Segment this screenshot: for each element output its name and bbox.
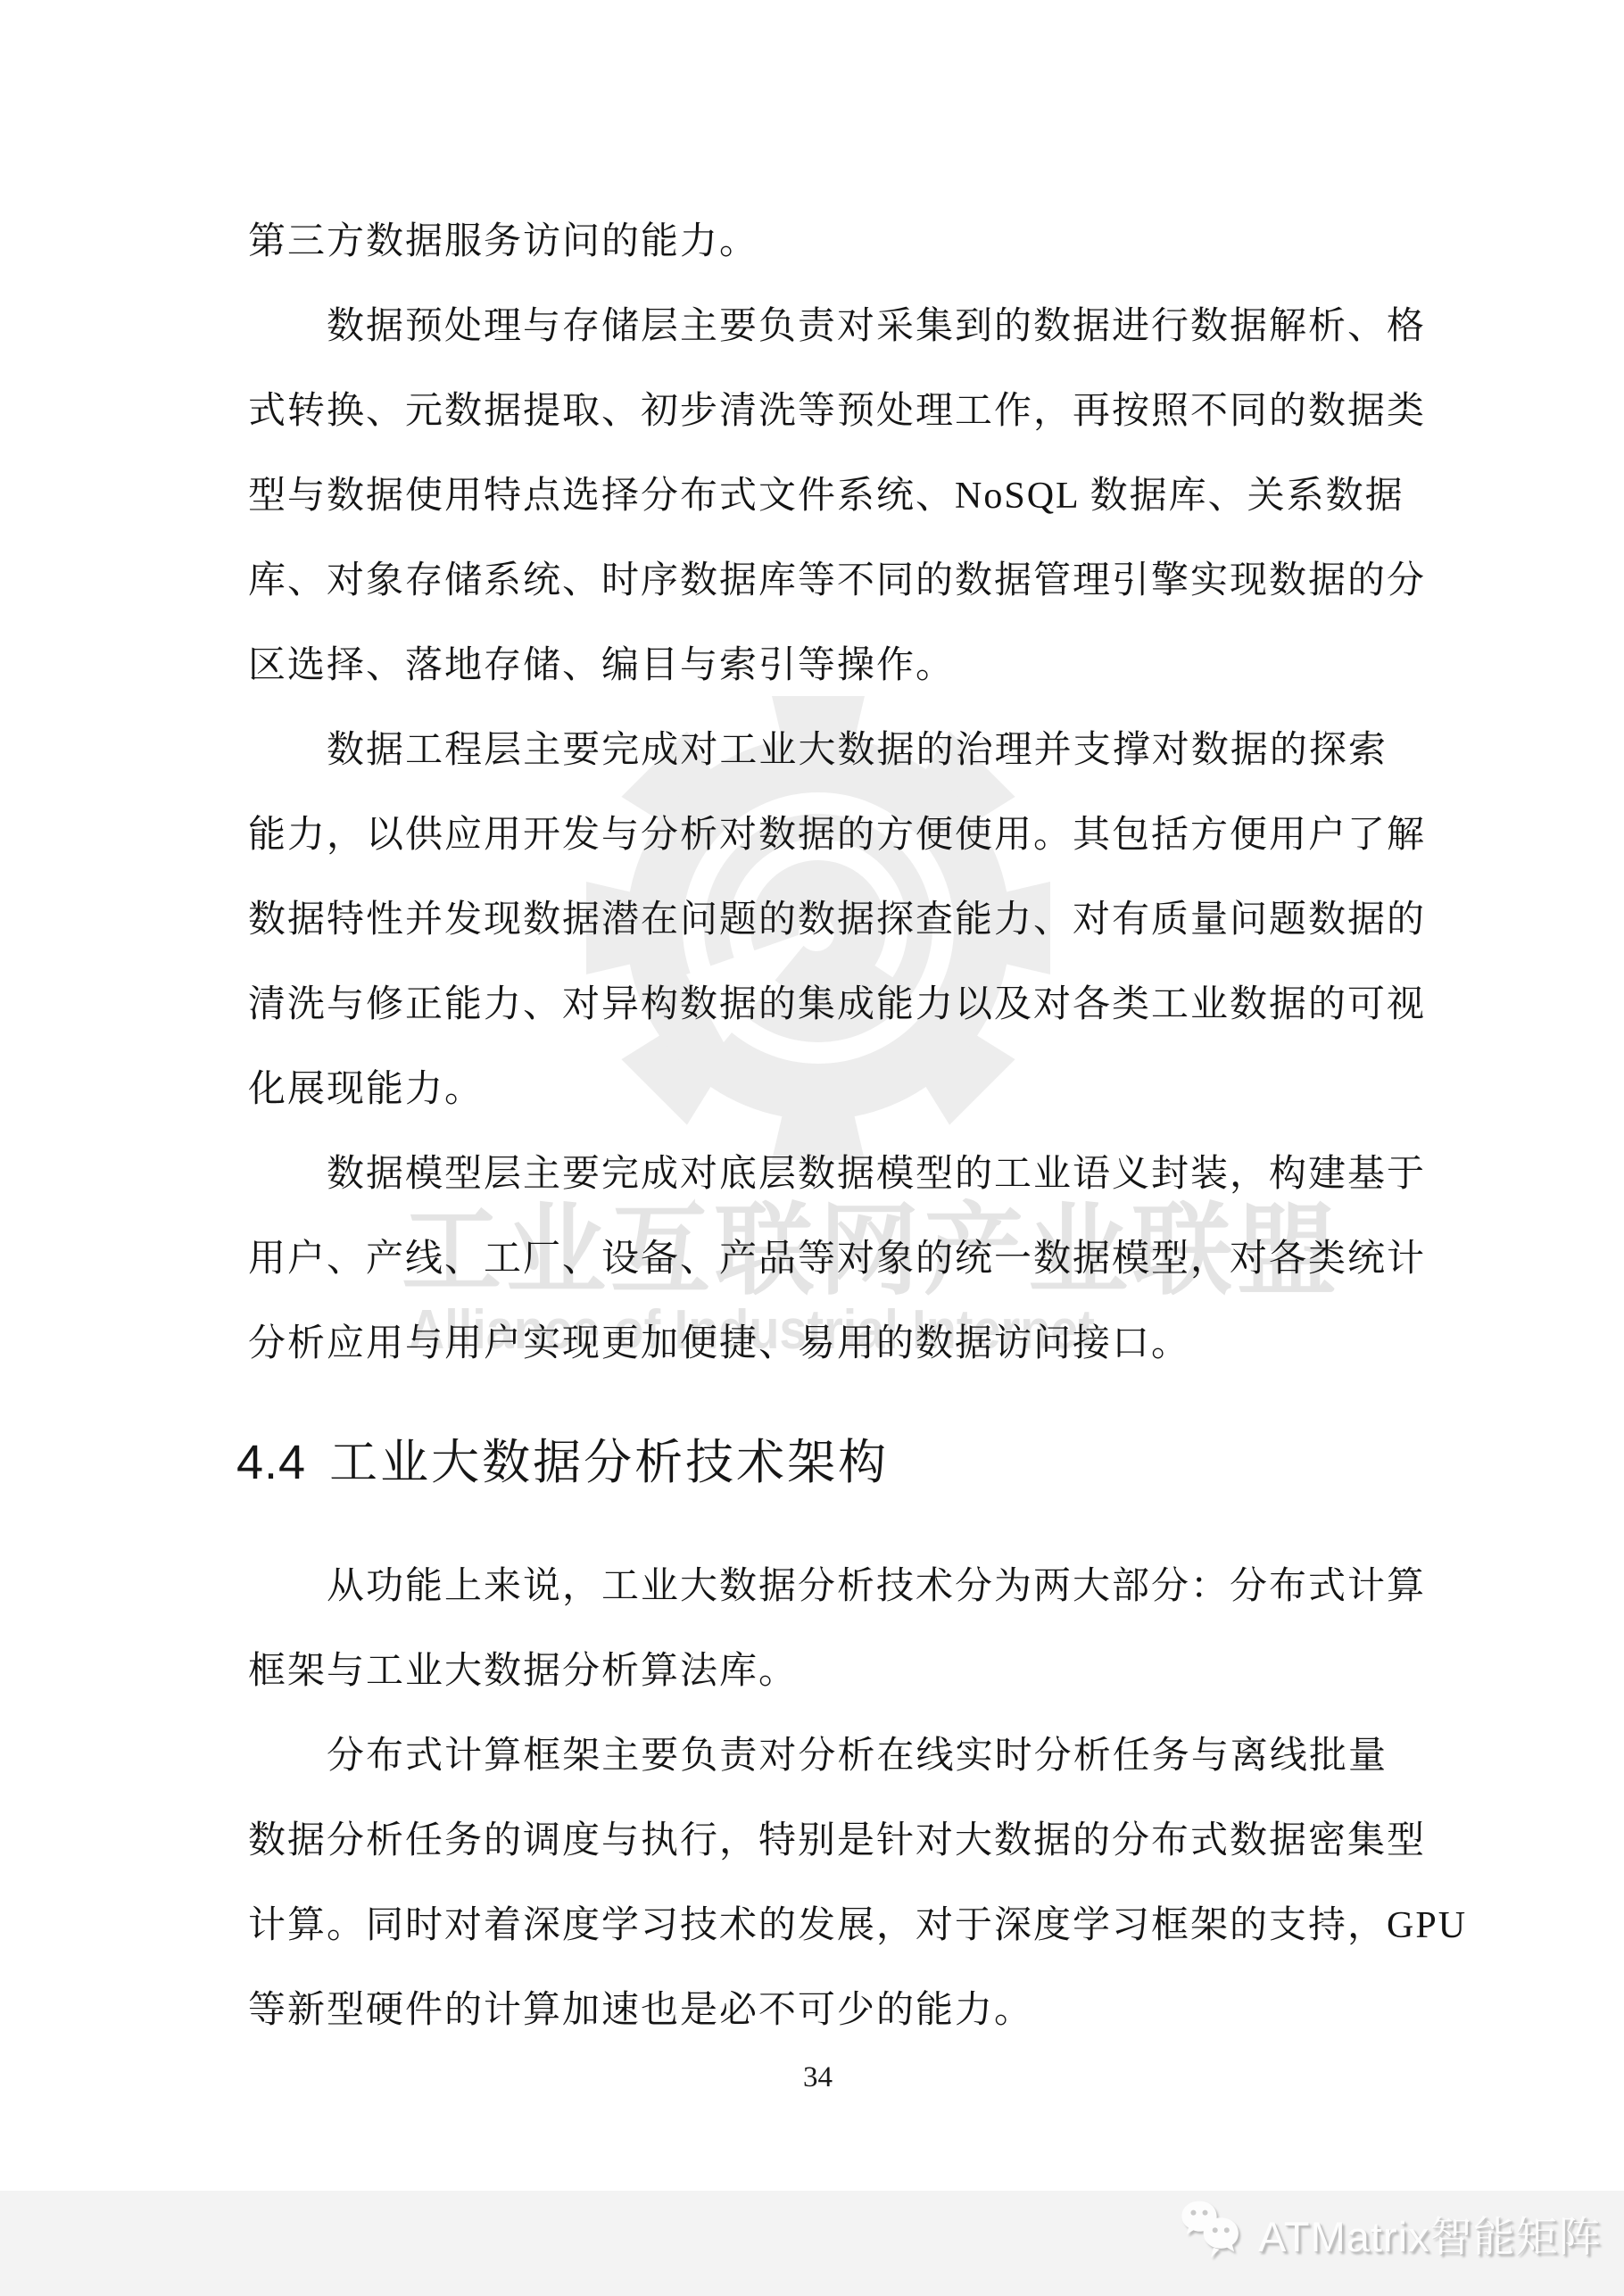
- text-line: 等新型硬件的计算加速也是必不可少的能力。: [248, 1969, 1388, 2053]
- text-block-after: 从功能上来说，工业大数据分析技术分为两大部分：分布式计算框架与工业大数据分析算法…: [248, 1545, 1388, 2053]
- wechat-icon: [1174, 2196, 1249, 2271]
- section-number: 4.4: [236, 1436, 306, 1489]
- document-page: 工业互联网产业联盟 Alliance of Industrial Interne…: [0, 0, 1624, 2296]
- text-line: 从功能上来说，工业大数据分析技术分为两大部分：分布式计算: [248, 1545, 1388, 1629]
- text-line: 分析应用与用户实现更加便捷、易用的数据访问接口。: [248, 1302, 1388, 1387]
- text-line: 数据特性并发现数据潜在问题的数据探查能力、对有质量问题数据的: [248, 878, 1388, 963]
- text-line: 清洗与修正能力、对异构数据的集成能力以及对各类工业数据的可视: [248, 963, 1388, 1048]
- text-line: 能力，以供应用开发与分析对数据的方便使用。其包括方便用户了解: [248, 793, 1388, 878]
- text-line: 区选择、落地存储、编目与索引等操作。: [248, 624, 1388, 709]
- text-line: 第三方数据服务访问的能力。: [248, 200, 1388, 285]
- text-line: 计算。同时对着深度学习技术的发展，对于深度学习框架的支持，GPU: [248, 1884, 1388, 1969]
- text-line: 用户、产线、工厂、设备、产品等对象的统一数据模型，对各类统计: [248, 1217, 1388, 1302]
- text-line: 数据模型层主要完成对底层数据模型的工业语义封装，构建基于: [248, 1132, 1388, 1217]
- text-line: 数据分析任务的调度与执行，特别是针对大数据的分布式数据密集型: [248, 1799, 1388, 1884]
- text-block-before: 第三方数据服务访问的能力。数据预处理与存储层主要负责对采集到的数据进行数据解析、…: [248, 200, 1388, 1387]
- text-line: 型与数据使用特点选择分布式文件系统、NoSQL 数据库、关系数据: [248, 454, 1388, 539]
- text-line: 数据工程层主要完成对工业大数据的治理并支撑对数据的探索: [248, 709, 1388, 793]
- text-line: 化展现能力。: [248, 1048, 1388, 1132]
- text-line: 分布式计算框架主要负责对分析在线实时分析任务与离线批量: [248, 1714, 1388, 1799]
- brand-watermark: ATMatrix智能矩阵: [1174, 2193, 1602, 2274]
- text-line: 框架与工业大数据分析算法库。: [248, 1629, 1388, 1714]
- brand-watermark-text: ATMatrix智能矩阵: [1258, 2204, 1602, 2264]
- page-number: 34: [248, 2063, 1388, 2093]
- text-line: 数据预处理与存储层主要负责对采集到的数据进行数据解析、格: [248, 285, 1388, 369]
- text-line: 式转换、元数据提取、初步清洗等预处理工作，再按照不同的数据类: [248, 369, 1388, 454]
- text-line: 库、对象存储系统、时序数据库等不同的数据管理引擎实现数据的分: [248, 539, 1388, 624]
- section-title: 工业大数据分析技术架构: [329, 1436, 889, 1489]
- section-heading: 4.4工业大数据分析技术架构: [236, 1437, 889, 1489]
